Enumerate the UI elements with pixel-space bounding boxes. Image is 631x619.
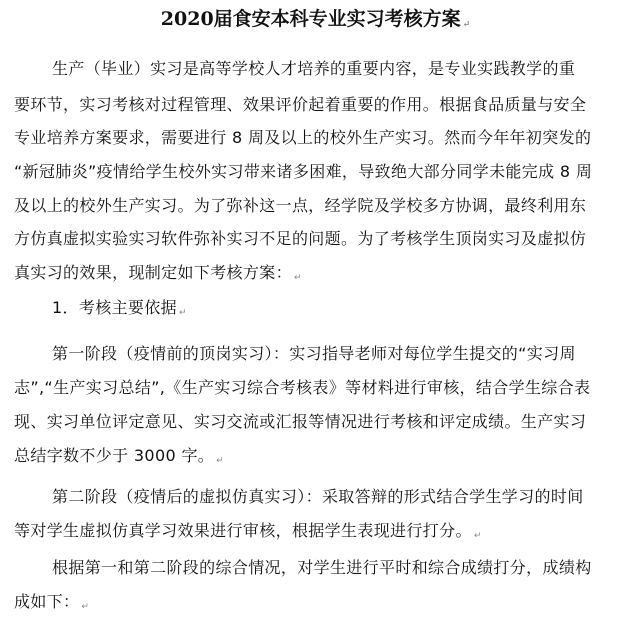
line-text: 成如下： — [14, 592, 79, 611]
line-text: 志”,“生产实习总结”,《生产实习综合考核表》等材料进行审核，结合学生综合表 — [14, 378, 590, 397]
paragraph-mark-icon: ↵ — [474, 531, 482, 541]
text-line: 总结字数不少于 3000 字。↵ — [14, 445, 594, 472]
line-text: 真实习的效果，现制定如下考核方案： — [14, 263, 292, 282]
line-text: 第一阶段（疫情前的顶岗实习）：实习指导老师对每位学生提交的“实习周 — [52, 344, 576, 363]
text-line: “新冠肺炎”疫情给学生校外实习带来诸多困难，导致绝大部分同学未能完成 8 周 — [14, 161, 594, 183]
line-text: 方仿真虚拟实验实习软件弥补实习不足的问题。为了考核学生顶岗实习及虚拟仿 — [14, 229, 586, 248]
text-line: 1．考核主要依据↵ — [52, 297, 631, 324]
text-line: 成如下：↵ — [14, 591, 594, 618]
text-line: 现、实习单位评定意见、实习交流或汇报等情况进行考核和评定成绩。生产实习 — [14, 411, 594, 433]
line-text: 1．考核主要依据 — [52, 298, 177, 317]
line-text: 根据第一和第二阶段的综合情况，对学生进行平时和综合成绩打分，成绩构 — [52, 558, 592, 577]
title-text: 2020届食安本科专业实习考核方案 — [161, 8, 461, 30]
paragraph-mark-icon: ↵ — [294, 273, 302, 283]
text-line: 要环节，实习考核对过程管理、效果评价起着重要的作用。根据食品质量与安全 — [14, 94, 594, 116]
line-text: “新冠肺炎”疫情给学生校外实习带来诸多困难，导致绝大部分同学未能完成 8 周 — [14, 162, 592, 181]
line-text: 生产（毕业）实习是高等学校人才培养的重要内容，是专业实践教学的重 — [52, 59, 575, 78]
paragraph-mark-icon: ↵ — [179, 308, 187, 318]
line-text: 第二阶段（疫情后的虚拟仿真实习）：采取答辩的形式结合学生学习的时间 — [52, 487, 584, 506]
text-line: 根据第一和第二阶段的综合情况，对学生进行平时和综合成绩打分，成绩构 — [52, 557, 631, 579]
document-title: 2020届食安本科专业实习考核方案↵ — [0, 6, 631, 38]
text-line: 等对学生虚拟仿真学习效果进行审核，根据学生表现进行打分。↵ — [14, 520, 594, 547]
text-line: 真实习的效果，现制定如下考核方案：↵ — [14, 262, 594, 289]
text-line: 第二阶段（疫情后的虚拟仿真实习）：采取答辩的形式结合学生学习的时间 — [52, 486, 631, 508]
line-text: 等对学生虚拟仿真学习效果进行审核，根据学生表现进行打分。 — [14, 521, 472, 540]
line-text: 现、实习单位评定意见、实习交流或汇报等情况进行考核和评定成绩。生产实习 — [14, 412, 586, 431]
text-line: 及以上的校外生产实习。为了弥补这一点，经学院及学校多方协调，最终利用东 — [14, 195, 594, 217]
paragraph-mark-icon: ↵ — [81, 602, 89, 612]
line-text: 总结字数不少于 3000 字。 — [14, 446, 214, 465]
document-page: 2020届食安本科专业实习考核方案↵ 生产（毕业）实习是高等学校人才培养的重要内… — [0, 0, 631, 619]
text-line: 志”,“生产实习总结”,《生产实习综合考核表》等材料进行审核，结合学生综合表 — [14, 377, 594, 399]
text-line: 专业培养方案要求，需要进行 8 周及以上的校外生产实习。然而今年年初突发的 — [14, 127, 594, 149]
paragraph-mark-icon: ↵ — [463, 20, 471, 30]
paragraph-mark-icon: ↵ — [216, 456, 224, 466]
text-line: 第一阶段（疫情前的顶岗实习）：实习指导老师对每位学生提交的“实习周 — [52, 343, 631, 365]
text-line: 生产（毕业）实习是高等学校人才培养的重要内容，是专业实践教学的重 — [52, 58, 631, 80]
line-text: 要环节，实习考核对过程管理、效果评价起着重要的作用。根据食品质量与安全 — [14, 95, 586, 114]
line-text: 及以上的校外生产实习。为了弥补这一点，经学院及学校多方协调，最终利用东 — [14, 196, 586, 215]
text-line: 方仿真虚拟实验实习软件弥补实习不足的问题。为了考核学生顶岗实习及虚拟仿 — [14, 228, 594, 250]
line-text: 专业培养方案要求，需要进行 8 周及以上的校外生产实习。然而今年年初突发的 — [14, 128, 591, 147]
